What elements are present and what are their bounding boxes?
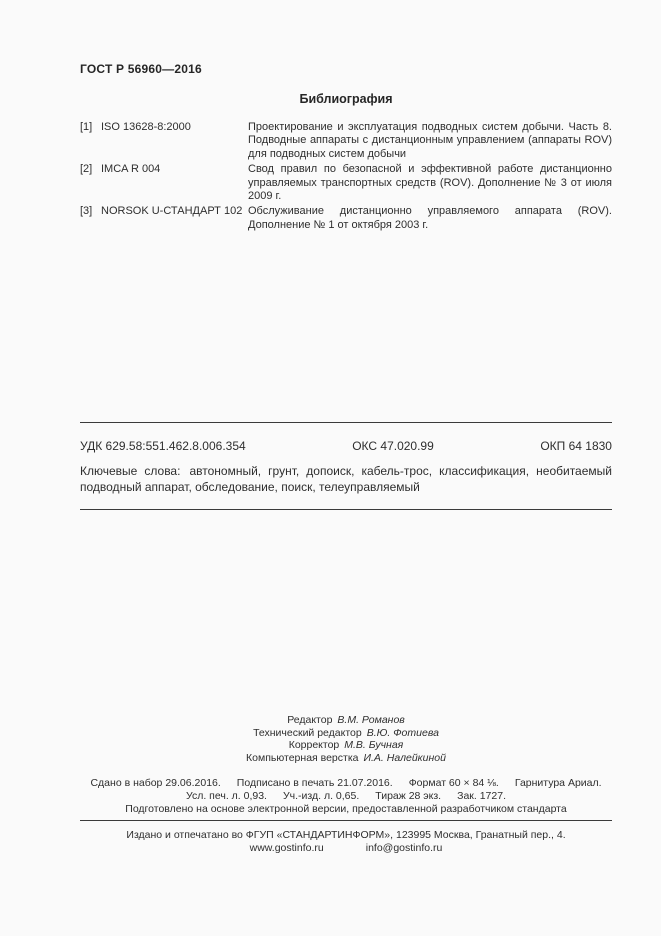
udk-code: УДК 629.58:551.462.8.006.354	[80, 439, 246, 454]
imprint-line-1: Сдано в набор 29.06.2016. Подписано в пе…	[80, 777, 612, 790]
footer-contacts: www.gostinfo.ru info@gostinfo.ru	[80, 842, 612, 855]
okp-code: ОКП 64 1830	[540, 439, 612, 454]
imprint-print-date: Подписано в печать 21.07.2016.	[237, 777, 393, 790]
reference-description: Проектирование и эксплуатация подводных …	[248, 121, 612, 161]
staff-name: И.А. Налейкиной	[364, 752, 446, 764]
imprint-publisher-sheets: Уч.-изд. л. 0,65.	[283, 790, 359, 803]
imprint-line-2: Усл. печ. л. 0,93. Уч.-изд. л. 0,65. Тир…	[80, 790, 612, 803]
staff-name: М.В. Бучная	[344, 739, 403, 751]
imprint-copies: Тираж 28 экз.	[375, 790, 441, 803]
reference-description: Обслуживание дистанционно управляемого а…	[248, 205, 612, 232]
document-page: ГОСТ Р 56960—2016 Библиография [1]ISO 13…	[0, 0, 661, 936]
staff-role: Корректор	[289, 739, 340, 751]
publisher-website: www.gostinfo.ru	[250, 842, 324, 855]
bibliography-list: [1]ISO 13628-8:2000 Проектирование и экс…	[80, 121, 612, 232]
footer: Издано и отпечатано во ФГУП «СТАНДАРТИНФ…	[80, 829, 612, 855]
imprint-typeset-date: Сдано в набор 29.06.2016.	[90, 777, 220, 790]
bibliography-entry: [1]ISO 13628-8:2000 Проектирование и экс…	[80, 121, 612, 161]
section-title: Библиография	[80, 92, 612, 106]
reference-id: [2]IMCA R 004	[80, 163, 248, 176]
classification-row: УДК 629.58:551.462.8.006.354 ОКС 47.020.…	[80, 439, 612, 454]
oks-code: ОКС 47.020.99	[352, 439, 434, 454]
reference-code: IMCA R 004	[101, 163, 160, 175]
imprint-format: Формат 60 × 84 ⅛.	[409, 777, 499, 790]
reference-number: [3]	[80, 205, 101, 218]
footer-divider	[80, 820, 612, 821]
staff-row: РедакторВ.М. Романов	[80, 714, 612, 727]
bibliography-entry: [3]NORSOK U-СТАНДАРТ 102 Обслуживание ди…	[80, 205, 612, 232]
staff-row: Компьютерная версткаИ.А. Налейкиной	[80, 752, 612, 765]
keywords-paragraph: Ключевые слова:автономный, грунт, допоис…	[80, 464, 612, 495]
reference-number: [1]	[80, 121, 101, 134]
imprint-printed-sheets: Усл. печ. л. 0,93.	[186, 790, 267, 803]
imprint-prepared-note: Подготовлено на основе электронной верси…	[80, 803, 612, 816]
reference-description: Свод правил по безопасной и эффективной …	[248, 163, 612, 203]
reference-number: [2]	[80, 163, 101, 176]
staff-role: Редактор	[287, 714, 332, 726]
reference-code: ISO 13628-8:2000	[101, 121, 191, 133]
reference-id: [1]ISO 13628-8:2000	[80, 121, 248, 134]
reference-code: NORSOK U-СТАНДАРТ 102	[101, 205, 242, 217]
staff-name: В.М. Романов	[337, 714, 404, 726]
imprint-order: Зак. 1727.	[457, 790, 506, 803]
staff-role: Технический редактор	[253, 727, 362, 739]
imprint-block: Сдано в набор 29.06.2016. Подписано в пе…	[80, 777, 612, 816]
doc-number: ГОСТ Р 56960—2016	[80, 62, 612, 76]
section-divider-top	[80, 422, 612, 423]
colophon: РедакторВ.М. Романов Технический редакто…	[80, 714, 612, 764]
staff-name: В.Ю. Фотиева	[367, 727, 439, 739]
imprint-typeface: Гарнитура Ариал.	[515, 777, 602, 790]
staff-row: КорректорМ.В. Бучная	[80, 739, 612, 752]
bibliography-entry: [2]IMCA R 004 Свод правил по безопасной …	[80, 163, 612, 203]
staff-role: Компьютерная верстка	[246, 752, 358, 764]
publisher-line: Издано и отпечатано во ФГУП «СТАНДАРТИНФ…	[80, 829, 612, 842]
keywords-label: Ключевые слова:	[80, 464, 180, 478]
reference-id: [3]NORSOK U-СТАНДАРТ 102	[80, 205, 248, 218]
section-divider-bottom	[80, 509, 612, 510]
publisher-email: info@gostinfo.ru	[366, 842, 443, 855]
staff-row: Технический редакторВ.Ю. Фотиева	[80, 727, 612, 740]
